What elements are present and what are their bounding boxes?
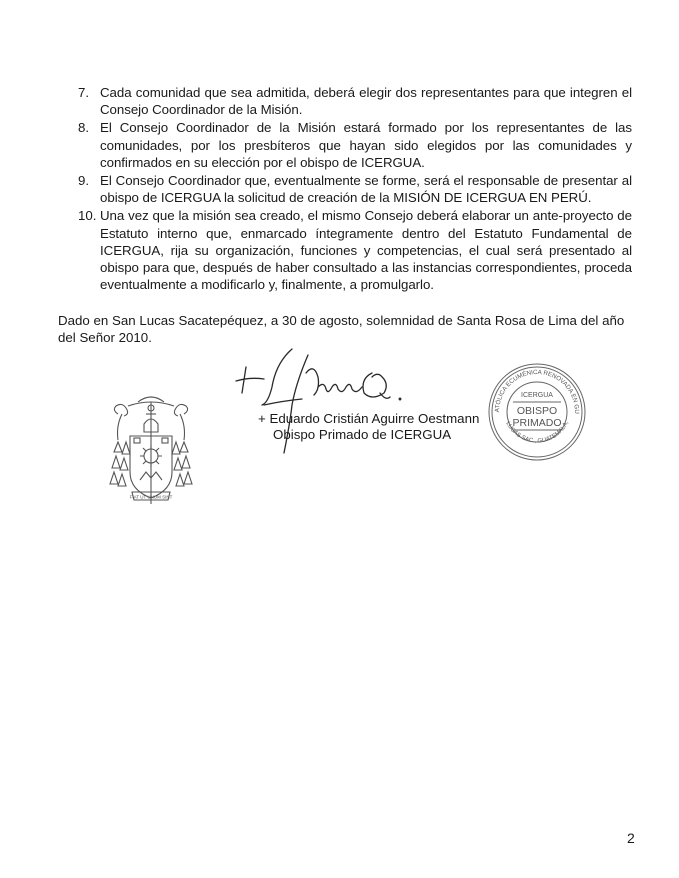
item-number: 10.	[78, 207, 96, 224]
list-item: 9. El Consejo Coordinador que, eventualm…	[78, 172, 632, 206]
document-page: 7. Cada comunidad que sea admitida, debe…	[0, 0, 679, 878]
page-number: 2	[627, 830, 635, 846]
numbered-list: 7. Cada comunidad que sea admitida, debe…	[78, 84, 632, 294]
item-text: Cada comunidad que sea admitida, deberá …	[100, 85, 632, 117]
list-item: 8. El Consejo Coordinador de la Misión e…	[78, 119, 632, 171]
item-text: Una vez que la misión sea creado, el mis…	[100, 208, 632, 292]
item-text: El Consejo Coordinador de la Misión esta…	[100, 120, 632, 169]
item-emphasis: MISIÓN DE ICERGUA EN PERÚ	[393, 190, 588, 205]
seal-line-2: PRIMADO	[512, 417, 561, 429]
item-number: 8.	[78, 119, 89, 136]
item-text-end: .	[588, 190, 592, 205]
signatory-name: + Eduardo Cristián Aguirre Oestmann	[258, 411, 479, 426]
coat-of-arms-motto: FIAT UT UNUM SINT	[130, 495, 173, 500]
item-number: 9.	[78, 172, 89, 189]
item-number: 7.	[78, 84, 89, 101]
closing-statement: Dado en San Lucas Sacatepéquez, a 30 de …	[58, 312, 634, 346]
signatory-title: Obispo Primado de ICERGUA	[273, 427, 451, 442]
seal-line-1: OBISPO	[517, 405, 557, 417]
list-item: 10. Una vez que la misión sea creado, el…	[78, 207, 632, 293]
handwritten-signature-icon	[232, 343, 462, 473]
list-item: 7. Cada comunidad que sea admitida, debe…	[78, 84, 632, 118]
official-seal-icon: IGLESIA CATÓLICA ECUMÉNICA RENOVADA EN G…	[485, 360, 589, 464]
coat-of-arms-icon: FIAT UT UNUM SINT	[108, 392, 194, 508]
seal-inner-top: ICERGUA	[521, 392, 553, 399]
signature-block: + Eduardo Cristián Aguirre Oestmann Obis…	[232, 343, 462, 473]
